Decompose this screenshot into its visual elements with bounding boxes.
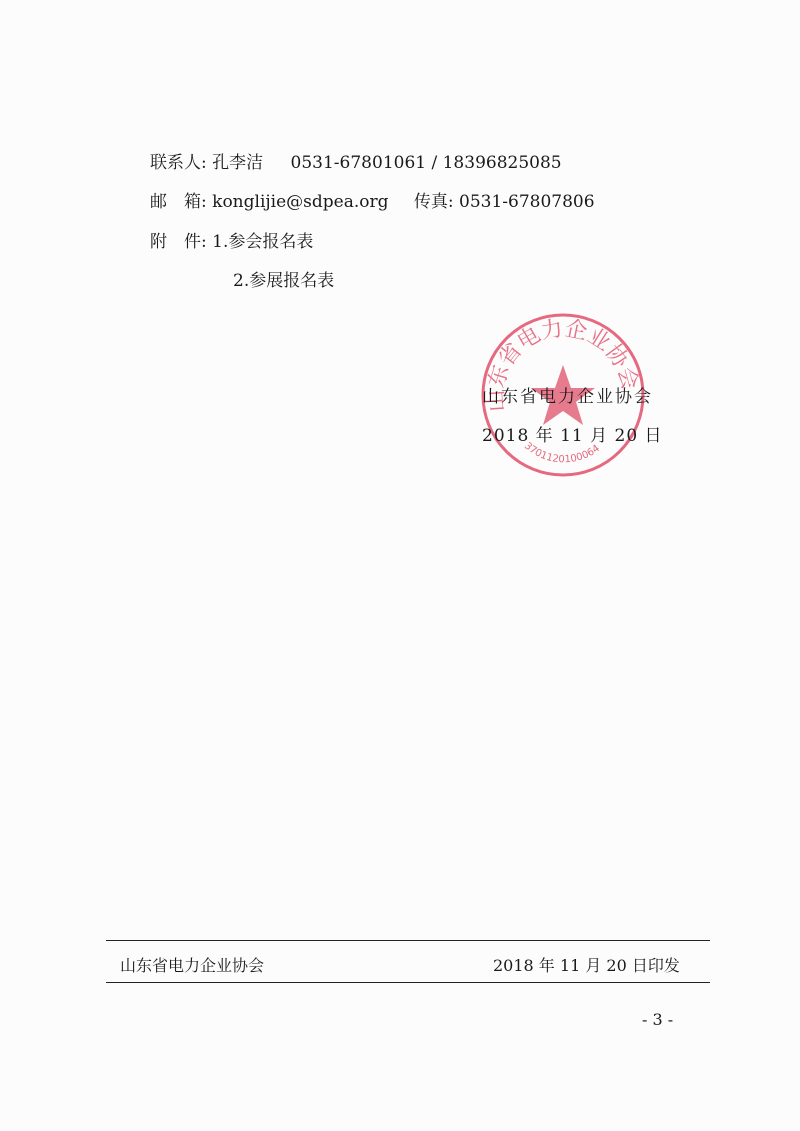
email-address: konglijie@sdpea.org [212,192,388,212]
email-line: 邮 箱: konglijie@sdpea.org 传真: 0531-678078… [150,187,595,212]
signer-organization: 山东省电力企业协会 [482,382,653,407]
attachment-item: 1.参会报名表 [212,232,313,252]
attachment-item: 2.参展报名表 [233,266,334,291]
contact-name: 孔李洁 [212,153,263,173]
attachments-line: 附 件: 1.参会报名表 [150,227,313,252]
fax-number: 0531-67807806 [459,192,595,212]
email-label: 邮 箱: [150,192,207,212]
footer-issued-date: 2018 年 11 月 20 日印发 [493,953,680,976]
contact-label: 联系人: [150,153,207,173]
fax-label: 传真: [414,192,454,212]
signature-date: 2018 年 11 月 20 日 [482,421,663,446]
footer-divider-bottom [106,982,710,983]
contact-line: 联系人: 孔李洁 0531-67801061 / 18396825085 [150,148,562,173]
footer-divider-top [106,940,710,941]
footer-organization: 山东省电力企业协会 [120,953,264,976]
attachments-label: 附 件: [150,232,207,252]
page-number: - 3 - [642,1010,673,1029]
contact-phones: 0531-67801061 / 18396825085 [291,153,562,173]
